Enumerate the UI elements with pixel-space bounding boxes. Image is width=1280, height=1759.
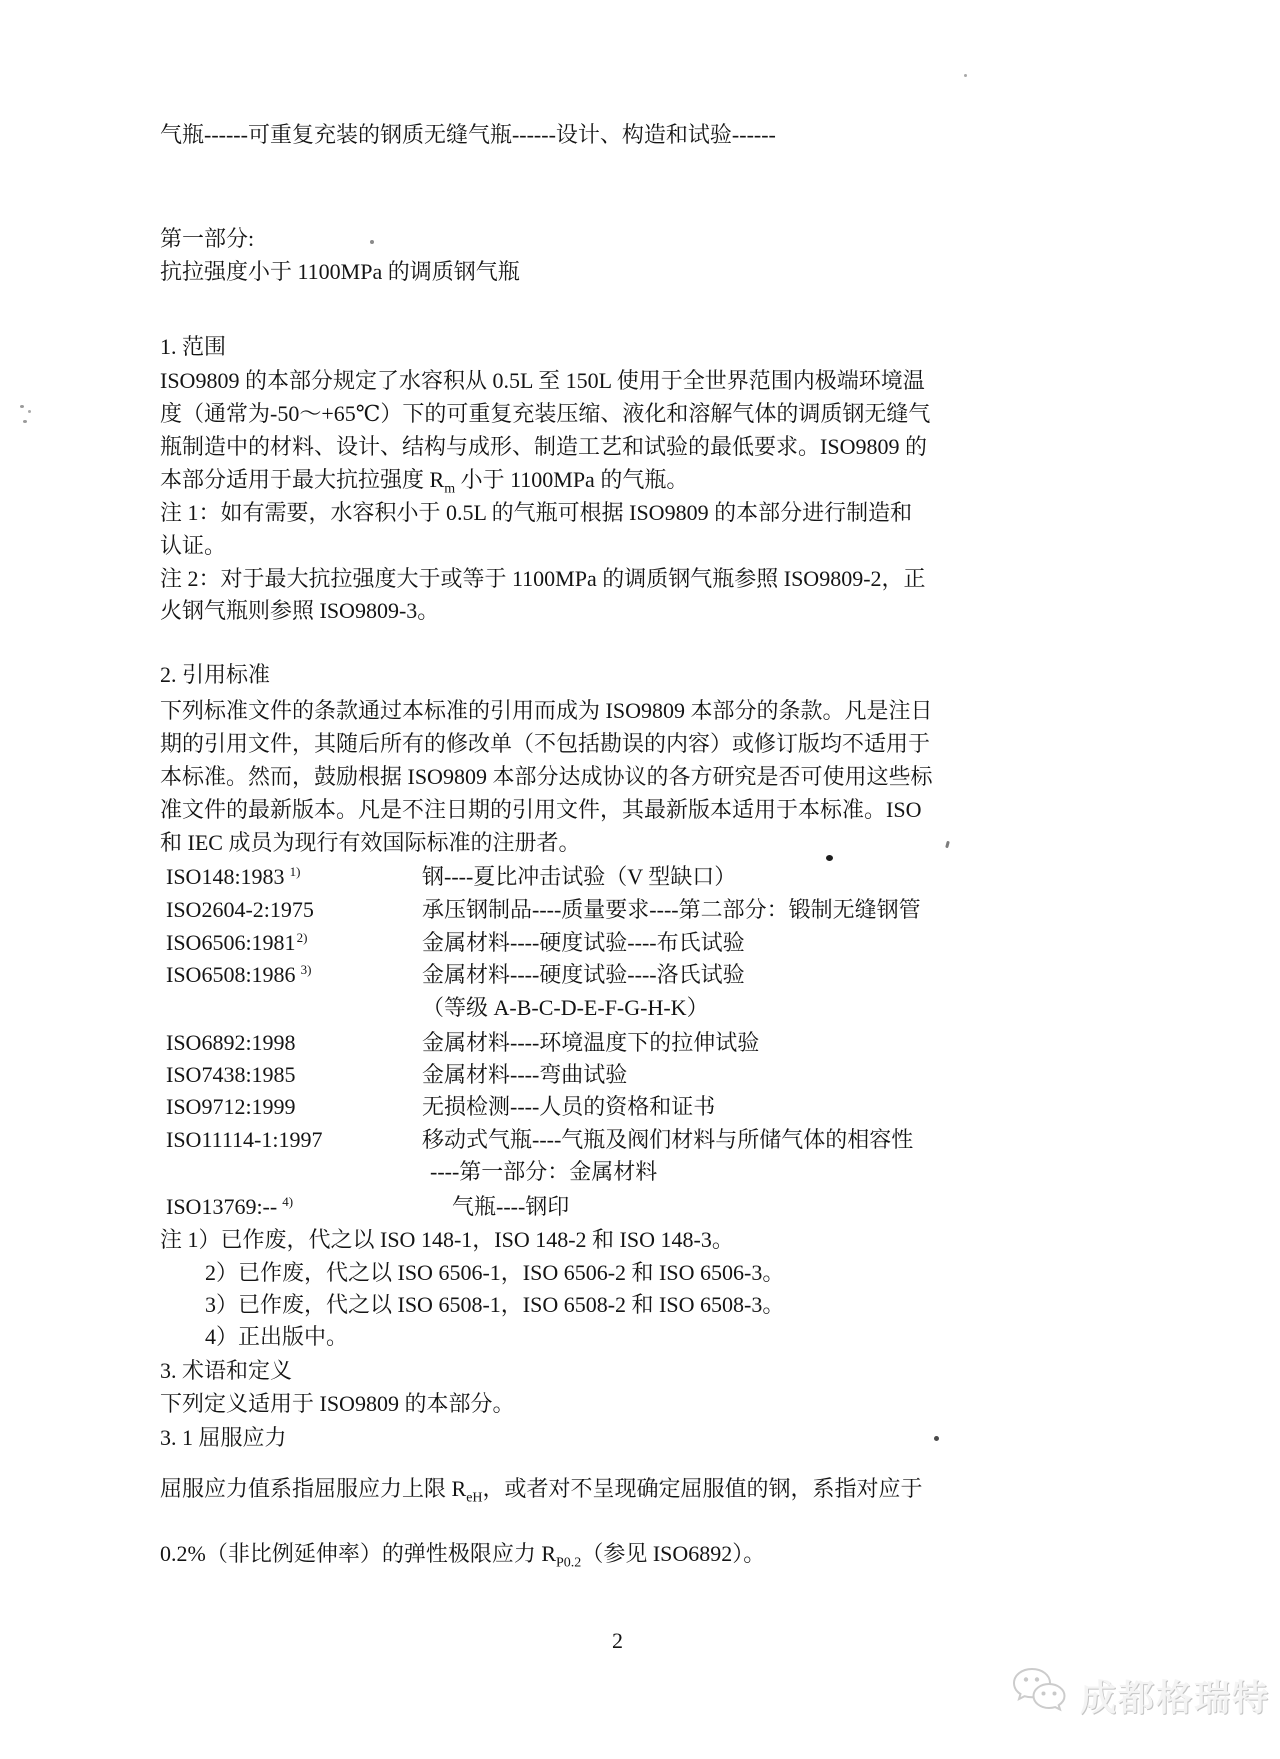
reference-row-continuation: ----第一部分：金属材料 [430, 1157, 657, 1187]
scope-paragraph-line: ISO9809 的本部分规定了水容积从 0.5L 至 150L 使用于全世界范围… [160, 366, 925, 396]
scan-speck [826, 855, 833, 861]
definition-text: ，或者对不呈现确定屈服值的钢，系指对应于 [483, 1476, 923, 1501]
reference-desc: 无损检测----人员的资格和证书 [422, 1092, 715, 1122]
scan-speck [370, 240, 374, 244]
definition-text: （参见 ISO6892）。 [581, 1541, 765, 1566]
reference-code: ISO11114-1:1997 [166, 1127, 322, 1152]
watermark-text: 成都格瑞特 [1080, 1670, 1270, 1721]
section2-heading: 2. 引用标准 [160, 660, 270, 690]
reference-desc: 金属材料----弯曲试验 [422, 1060, 627, 1090]
footnote-line: 4）正出版中。 [205, 1322, 348, 1352]
reference-code: ISO2604-2:1975 [166, 897, 314, 922]
references-intro-line: 下列标准文件的条款通过本标准的引用而成为 ISO9809 本部分的条款。凡是注日 [160, 696, 932, 726]
reference-code: ISO9712:1999 [166, 1094, 296, 1119]
section1-heading: 1. 范围 [160, 332, 226, 362]
scan-speck [20, 405, 24, 408]
reference-desc: 移动式气瓶----气瓶及阀们材料与所储气体的相容性 [422, 1125, 913, 1155]
footnote-line: 注 1）已作废，代之以 ISO 148-1，ISO 148-2 和 ISO 14… [160, 1225, 734, 1255]
scope-paragraph-line: 瓶制造中的材料、设计、结构与成形、制造工艺和试验的最低要求。ISO9809 的 [160, 432, 927, 462]
reference-code: ISO7438:1985 [166, 1062, 296, 1087]
reference-desc: 金属材料----硬度试验----洛氏试验 [422, 960, 745, 990]
reference-row-continuation: （等级 A-B-C-D-E-F-G-H-K） [422, 993, 709, 1023]
reference-row: ISO6508:19863) 金属材料----硬度试验----洛氏试验 [166, 960, 311, 990]
watermark: 成都格瑞特 [1008, 1666, 1270, 1725]
section3-1-heading: 3. 1 屈服应力 [160, 1423, 287, 1453]
scope-note1-line: 注 1：如有需要，水容积小于 0.5L 的气瓶可根据 ISO9809 的本部分进… [160, 498, 912, 528]
footnote-marker: 3) [301, 962, 312, 977]
terms-intro: 下列定义适用于 ISO9809 的本部分。 [160, 1389, 514, 1419]
scan-speck [945, 841, 950, 849]
definition-text: 0.2%（非比例延伸率）的弹性极限应力 R [160, 1541, 556, 1566]
reference-row: ISO6506:19812) 金属材料----硬度试验----布氏试验 [166, 928, 307, 958]
references-intro-line: 准文件的最新版本。凡是不注日期的引用文件，其最新版本适用于本标准。ISO [160, 795, 921, 825]
scope-text: 本部分适用于最大抗拉强度 R [160, 467, 444, 492]
reference-row: ISO2604-2:1975 承压钢制品----质量要求----第二部分：锻制无… [166, 895, 314, 925]
scan-speck [934, 1436, 939, 1441]
scope-note1-line: 认证。 [160, 531, 226, 561]
definition-line: 0.2%（非比例延伸率）的弹性极限应力 RP0.2（参见 ISO6892）。 [160, 1539, 765, 1569]
subscript-rp02: P0.2 [556, 1555, 581, 1570]
wechat-logo-icon [1008, 1666, 1070, 1725]
footnote-marker: 2) [297, 930, 308, 945]
subscript-rm: m [444, 481, 455, 496]
reference-desc: 金属材料----硬度试验----布氏试验 [422, 928, 745, 958]
reference-code: ISO13769:-- [166, 1194, 277, 1219]
footnote-line: 2）已作废，代之以 ISO 6506-1，ISO 6506-2 和 ISO 65… [205, 1258, 784, 1288]
reference-code: ISO6506:1981 [166, 930, 296, 955]
document-page: 气瓶------可重复充装的钢质无缝气瓶------设计、构造和试验------… [0, 0, 1280, 1759]
scope-text: 小于 1100MPa 的气瓶。 [455, 467, 688, 492]
scan-speck [23, 420, 27, 423]
reference-row: ISO6892:1998 金属材料----环境温度下的拉伸试验 [166, 1028, 296, 1058]
scope-note2-line: 火钢气瓶则参照 ISO9809-3。 [160, 596, 439, 626]
reference-code: ISO6508:1986 [166, 962, 296, 987]
reference-row: ISO13769:--4) 气瓶----钢印 [166, 1192, 293, 1222]
references-intro-line: 本标准。然而，鼓励根据 ISO9809 本部分达成协议的各方研究是否可使用这些标 [160, 762, 932, 792]
definition-text: 屈服应力值系指屈服应力上限 R [160, 1476, 466, 1501]
scan-speck [964, 74, 967, 77]
footnote-marker: 1) [290, 864, 301, 879]
document-title: 气瓶------可重复充装的钢质无缝气瓶------设计、构造和试验------ [160, 120, 776, 150]
reference-desc: 气瓶----钢印 [452, 1192, 569, 1222]
subscript-reh: eH [466, 1490, 482, 1505]
reference-desc: 承压钢制品----质量要求----第二部分：锻制无缝钢管 [422, 895, 921, 925]
scan-speck [28, 410, 31, 413]
section3-heading: 3. 术语和定义 [160, 1356, 292, 1386]
part-label: 第一部分: [160, 224, 254, 254]
reference-row: ISO148:19831) 钢----夏比冲击试验（V 型缺口） [166, 862, 300, 892]
scope-note2-line: 注 2：对于最大抗拉强度大于或等于 1100MPa 的调质钢气瓶参照 ISO98… [160, 564, 926, 594]
definition-line: 屈服应力值系指屈服应力上限 ReH，或者对不呈现确定屈服值的钢，系指对应于 [160, 1474, 923, 1504]
part-subtitle: 抗拉强度小于 1100MPa 的调质钢气瓶 [160, 257, 520, 287]
reference-row: ISO11114-1:1997 移动式气瓶----气瓶及阀们材料与所储气体的相容… [166, 1125, 322, 1155]
reference-desc: 钢----夏比冲击试验（V 型缺口） [422, 862, 736, 892]
scope-paragraph-line: 本部分适用于最大抗拉强度 Rm 小于 1100MPa 的气瓶。 [160, 465, 688, 495]
reference-row: ISO7438:1985 金属材料----弯曲试验 [166, 1060, 296, 1090]
footnote-line: 3）已作废，代之以 ISO 6508-1，ISO 6508-2 和 ISO 65… [205, 1290, 784, 1320]
reference-desc: 金属材料----环境温度下的拉伸试验 [422, 1028, 759, 1058]
reference-code: ISO6892:1998 [166, 1030, 296, 1055]
page-number: 2 [612, 1628, 623, 1654]
references-intro-line: 期的引用文件，其随后所有的修改单（不包括勘误的内容）或修订版均不适用于 [160, 729, 930, 759]
reference-code: ISO148:1983 [166, 864, 285, 889]
footnote-marker: 4) [282, 1194, 293, 1209]
scope-paragraph-line: 度（通常为-50～+65℃）下的可重复充装压缩、液化和溶解气体的调质钢无缝气 [160, 399, 930, 429]
reference-row: ISO9712:1999 无损检测----人员的资格和证书 [166, 1092, 296, 1122]
references-intro-line: 和 IEC 成员为现行有效国际标准的注册者。 [160, 828, 580, 858]
